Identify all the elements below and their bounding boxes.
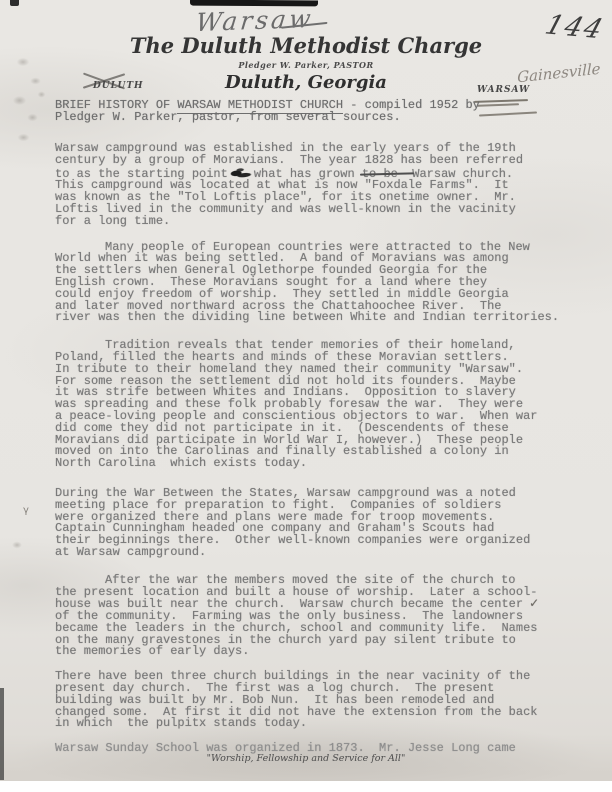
typed-line: in which the pulpitx stands today. — [55, 718, 575, 730]
margin-smudge — [15, 132, 32, 143]
letterhead-motto: "Worship, Fellowship and Service for All… — [0, 753, 612, 764]
typed-line: river was then the dividing line between… — [55, 312, 575, 324]
paragraph: There have been three church buildings i… — [55, 671, 575, 730]
paragraph: Warsaw campground was established in the… — [55, 143, 575, 228]
typed-line: the memories of early days. — [55, 646, 575, 658]
heading-line-2: Pledger W. Parker, pastor, from several … — [55, 112, 480, 124]
paragraphs: Warsaw campground was established in the… — [55, 143, 575, 769]
typed-line: for a long time. — [55, 216, 575, 228]
margin-smudge — [10, 94, 29, 107]
handwritten-insert — [228, 165, 253, 180]
paragraph: Many people of European countries were a… — [55, 242, 575, 325]
paragraph: Tradition reveals that tender memories o… — [55, 340, 575, 470]
typed-line: North Carolina which exists today. — [55, 458, 575, 470]
letterhead-title: The Duluth Methodist Charge — [0, 33, 612, 58]
typed-line: century by a group of Moravians. The yea… — [55, 155, 575, 167]
letterhead-pastor-line: Pledger W. Parker, PASTOR — [0, 60, 612, 70]
scan-artifact-corner-mark — [10, 0, 19, 6]
scan-artifact-left-edge — [0, 688, 4, 780]
margin-check-mark: γ — [23, 505, 29, 516]
document-heading: BRIEF HISTORY OF WARSAW METHODIST CHURCH… — [55, 100, 480, 124]
margin-smudge — [25, 112, 40, 123]
struck-out-words: to be — [362, 167, 398, 181]
handwritten-check-icon: ✓ — [529, 596, 539, 610]
scanned-document-page: Warsaw 144 Gainesville γ The Duluth Meth… — [0, 0, 612, 792]
paragraph: After the war the members moved the site… — [55, 575, 575, 659]
letterhead-office-duluth: DULUTH — [93, 81, 144, 91]
typed-line: at Warsaw campground. — [55, 547, 575, 559]
margin-smudge — [10, 540, 24, 550]
paragraph: During the War Between the States, Warsa… — [55, 488, 575, 559]
letterhead-office-warsaw: WARSAW — [477, 85, 530, 95]
